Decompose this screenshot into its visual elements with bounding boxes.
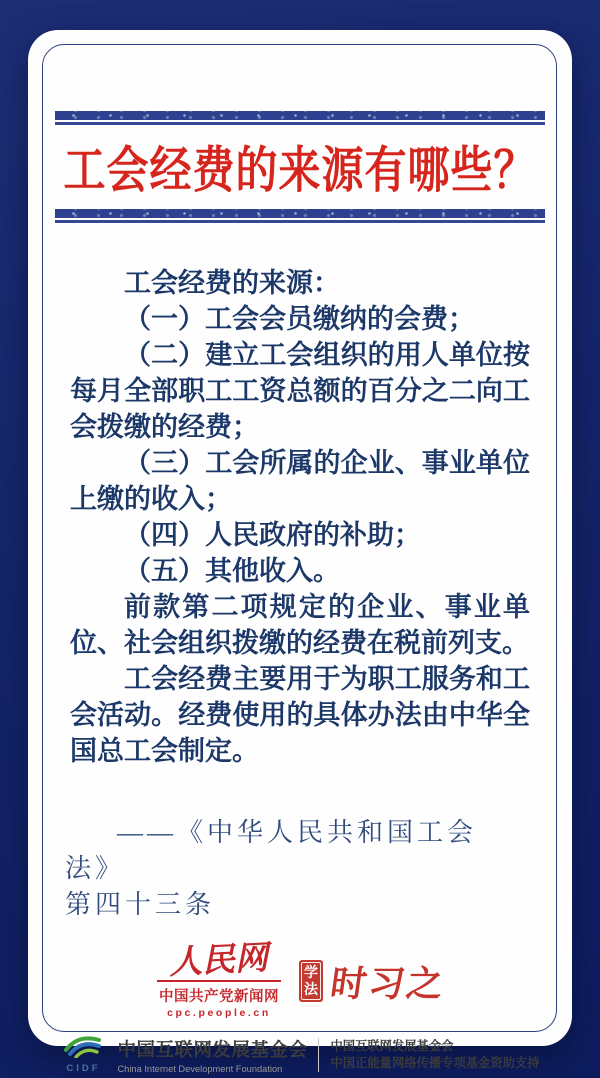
cidf-logo-icon <box>63 1035 103 1058</box>
body-paragraph: （四）人民政府的补助； <box>70 517 530 553</box>
law-text-body: 工会经费的来源： （一）工会会员缴纳的会费； （二）建立工会组织的用人单位按每月… <box>70 265 530 769</box>
peoples-daily-logo: 人民网 中国共产党新闻网 cpc.people.cn <box>155 944 283 1019</box>
sponsor-footer: CIDF 中国互联网发展基金会 China Internet Developme… <box>28 1035 572 1074</box>
body-paragraph: 前款第二项规定的企业、事业单位、社会组织拨缴的经费在税前列支。 <box>70 589 530 661</box>
foundation-name-block: 中国互联网发展基金会 China Internet Development Fo… <box>117 1036 307 1074</box>
poster-card: 工会经费的来源有哪些？ 工会经费的来源： （一）工会会员缴纳的会费； （二）建立… <box>28 30 572 1046</box>
foundation-name-cn: 中国互联网发展基金会 <box>117 1036 307 1062</box>
body-paragraph: （三）工会所属的企业、事业单位上缴的收入； <box>70 445 530 517</box>
footer-divider <box>318 1038 319 1072</box>
cpc-news-label: 中国共产党新闻网 <box>155 985 283 1006</box>
shixizhi-wordmark: 时习之 <box>327 956 448 1007</box>
brand-logos-row: 人民网 中国共产党新闻网 cpc.people.cn 学 法 时习之 <box>28 945 572 1017</box>
xuefa-badge-char-top: 学 <box>304 964 318 981</box>
funding-support-text: 中国互联网发展基金会 中国正能量网络传播专项基金资助支持 <box>330 1038 539 1071</box>
body-paragraph: （二）建立工会组织的用人单位按每月全部职工工资总额的百分之二向工会拨缴的经费； <box>70 337 530 445</box>
cpc-domain-label: cpc.people.cn <box>155 1007 283 1019</box>
xuefa-badge-icon: 学 法 <box>299 960 323 1002</box>
cidf-acronym-label: CIDF <box>60 1063 106 1074</box>
title-rule-top <box>55 111 545 125</box>
body-paragraph: 工会经费的来源： <box>70 265 530 301</box>
xuefa-shixizhi-logo: 学 法 时习之 <box>299 956 445 1007</box>
body-paragraph: 工会经费主要用于为职工服务和工会活动。经费使用的具体办法由中华全国总工会制定。 <box>70 661 530 769</box>
poster-background: { "title": "工会经费的来源有哪些？", "body": { "par… <box>0 0 600 1078</box>
xuefa-badge-char-bottom: 法 <box>304 981 318 998</box>
law-citation: ——《中华人民共和国工会法》 第四十三条 <box>65 815 535 923</box>
peoples-daily-wordmark: 人民网 <box>169 941 270 980</box>
page-title: 工会经费的来源有哪些？ <box>63 132 536 203</box>
body-paragraph: （五）其他收入。 <box>70 553 530 589</box>
cidf-logo: CIDF <box>60 1035 106 1074</box>
title-rule-bottom <box>55 209 545 223</box>
foundation-name-en: China Internet Development Foundation <box>117 1064 307 1074</box>
body-paragraph: （一）工会会员缴纳的会费； <box>70 301 530 337</box>
